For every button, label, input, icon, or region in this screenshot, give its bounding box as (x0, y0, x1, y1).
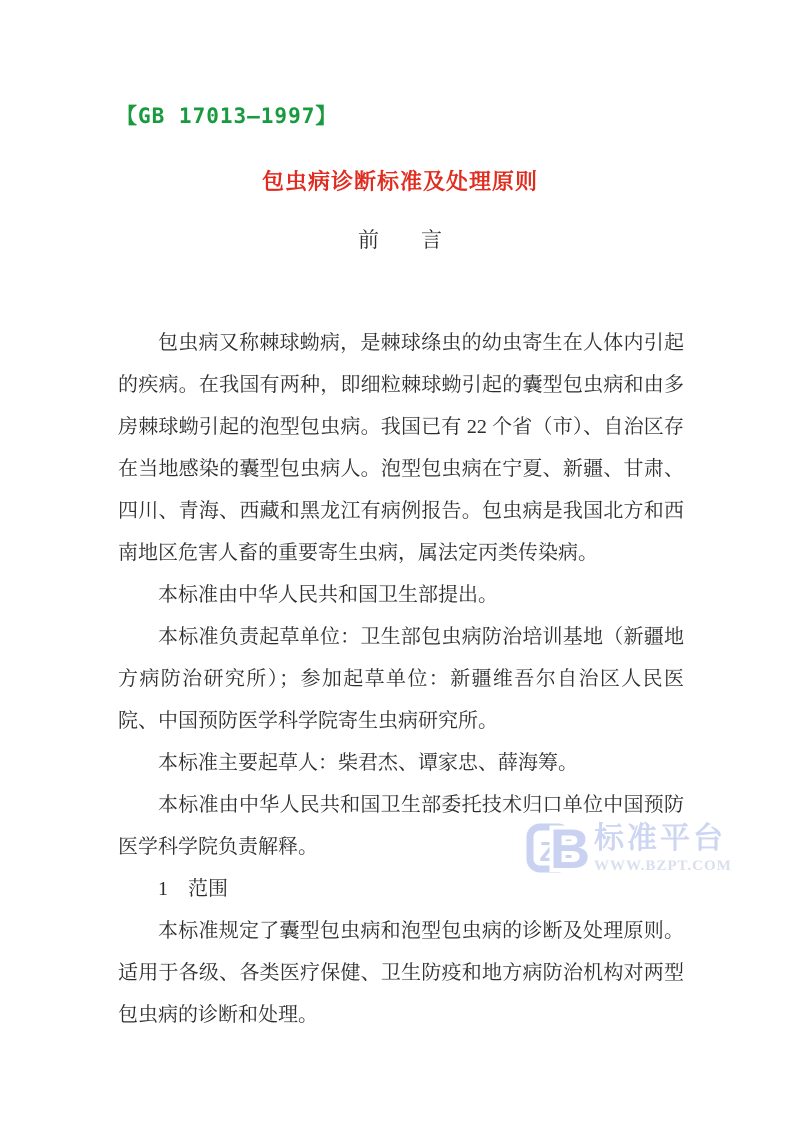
section-1-heading: 1 范围 (118, 868, 684, 910)
document-page: 【GB 17013—1997】 包虫病诊断标准及处理原则 前 言 包虫病又称棘球… (0, 0, 800, 1131)
foreword-paragraph: 本标准负责起草单位：卫生部包虫病防治培训基地（新疆地方病防治研究所）；参加起草单… (118, 616, 684, 742)
document-body: 包虫病又称棘球蚴病，是棘球绦虫的幼虫寄生在人体内引起的疾病。在我国有两种，即细粒… (118, 322, 684, 1036)
foreword-heading: 前 言 (0, 224, 800, 254)
foreword-paragraph: 包虫病又称棘球蚴病，是棘球绦虫的幼虫寄生在人体内引起的疾病。在我国有两种，即细粒… (118, 322, 684, 574)
standard-code: 【GB 17013—1997】 (116, 100, 337, 130)
foreword-paragraph: 本标准由中华人民共和国卫生部委托技术归口单位中国预防医学科学院负责解释。 (118, 784, 684, 868)
foreword-paragraph: 本标准主要起草人：柴君杰、谭家忠、薛海筹。 (118, 742, 684, 784)
section-1-paragraph: 本标准规定了囊型包虫病和泡型包虫病的诊断及处理原则。适用于各级、各类医疗保健、卫… (118, 910, 684, 1036)
page-title: 包虫病诊断标准及处理原则 (0, 165, 800, 196)
foreword-paragraph: 本标准由中华人民共和国卫生部提出。 (118, 574, 684, 616)
